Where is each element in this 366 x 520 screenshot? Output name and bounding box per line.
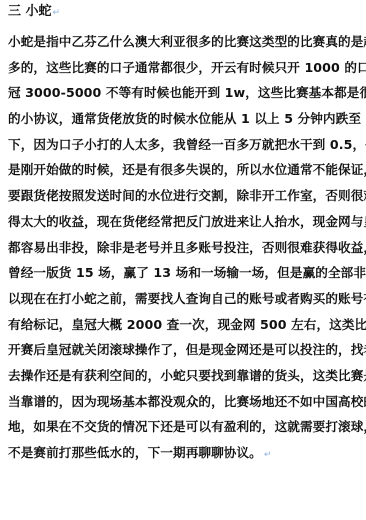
text-line: 都容易出非投，除非是老号并且多账号投注，否则很难获得收益，我: [8, 235, 354, 261]
text-line: 地，如果在不交货的情况下还是可以有盈利的，这就需要打滚球，而: [8, 414, 354, 440]
text-line: 要跟货佬按照发送时间的水位进行交割，除非开工作室，否则很难获: [8, 183, 354, 209]
text-line: 去操作还是有获利空间的，小蛇只要找到靠谱的货头，这类比赛是相: [8, 363, 354, 389]
text-line: 的小协议，通常货佬放货的时候水位能从 1 以上 5 分钟内跌至 0.7 以: [8, 106, 354, 132]
text-line: 多的，这些比赛的口子通常都很少，开云有时候只开 1000 的口，皇: [8, 55, 354, 81]
text-line: 下，因为口子小打的人太多，我曾经一百多万就把水干到 0.5，但那: [8, 132, 354, 158]
text-line: 冠 3000-5000 不等有时候也能开到 1w，这些比赛基本都是很难出货: [8, 80, 354, 106]
text-line: 曾经一版货 15 场，赢了 13 场和一场输一场，但是赢的全部非投，所: [8, 260, 354, 286]
section-heading: 三 小蛇↵: [8, 3, 60, 22]
heading-text: 三 小蛇: [8, 4, 52, 19]
last-line-text: 不是赛前打那些低水的，下一期再聊聊协议。: [8, 445, 262, 460]
text-line: 小蛇是指中乙芬乙什么澳大利亚很多的比赛这类型的比赛真的是超: [8, 29, 354, 55]
text-line: 当靠谱的，因为现场基本都没观众的，比赛场地还不如中国高校的场: [8, 389, 354, 415]
text-line: 有给标记，皇冠大概 2000 查一次，现金网 500 左右，这类比赛经常: [8, 312, 354, 338]
text-line-last: 不是赛前打那些低水的，下一期再聊聊协议。↵: [8, 440, 354, 466]
paragraph-mark-icon: ↵: [264, 450, 272, 460]
body-paragraph: 小蛇是指中乙芬乙什么澳大利亚很多的比赛这类型的比赛真的是超 多的，这些比赛的口子…: [8, 29, 354, 466]
text-line: 开赛后皇冠就关闭滚球操作了，但是现金网还是可以投注的，找老号: [8, 337, 354, 363]
text-line: 以现在在打小蛇之前，需要找人查询自己的账号或者购买的账号有没: [8, 286, 354, 312]
paragraph-mark-icon: ↵: [53, 8, 61, 18]
text-line: 得太大的收益，现在货佬经常把反门放进来让人抬水，现金网与皇冠: [8, 209, 354, 235]
text-line: 是刚开始做的时候，还是有很多失误的，所以水位通常不能保证，还: [8, 157, 354, 183]
